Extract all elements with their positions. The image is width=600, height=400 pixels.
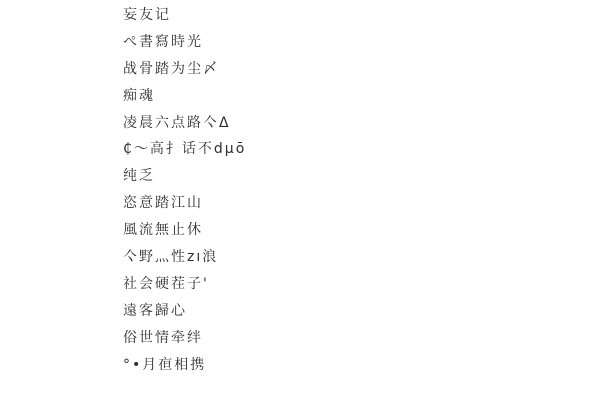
list-item: 風流無止休 — [123, 217, 246, 244]
list-item: 亽野灬性zı浪 — [123, 244, 246, 271]
list-item: 恣意踏江山 — [123, 190, 246, 217]
list-item: 俗世情牵绊 — [123, 325, 246, 352]
list-item-partial: …… — [123, 378, 246, 390]
nickname-list: 妄友记 ぺ書寫時光 战骨踏为尘〆 痴魂 凌晨六点路亽Δ ₵～高扌话不dμō 纯乏… — [123, 2, 246, 390]
list-item: ぺ書寫時光 — [123, 29, 246, 56]
list-item: 社会硬茬子' — [123, 271, 246, 298]
list-item: 纯乏 — [123, 163, 246, 190]
list-item: 战骨踏为尘〆 — [123, 56, 246, 83]
list-item: 痴魂 — [123, 83, 246, 110]
list-item: °•月亱相携 — [123, 352, 246, 379]
list-item: 妄友记 — [123, 2, 246, 29]
list-item: 遠客歸心 — [123, 298, 246, 325]
list-item: 凌晨六点路亽Δ — [123, 110, 246, 137]
list-item: ₵～高扌话不dμō — [123, 136, 246, 163]
